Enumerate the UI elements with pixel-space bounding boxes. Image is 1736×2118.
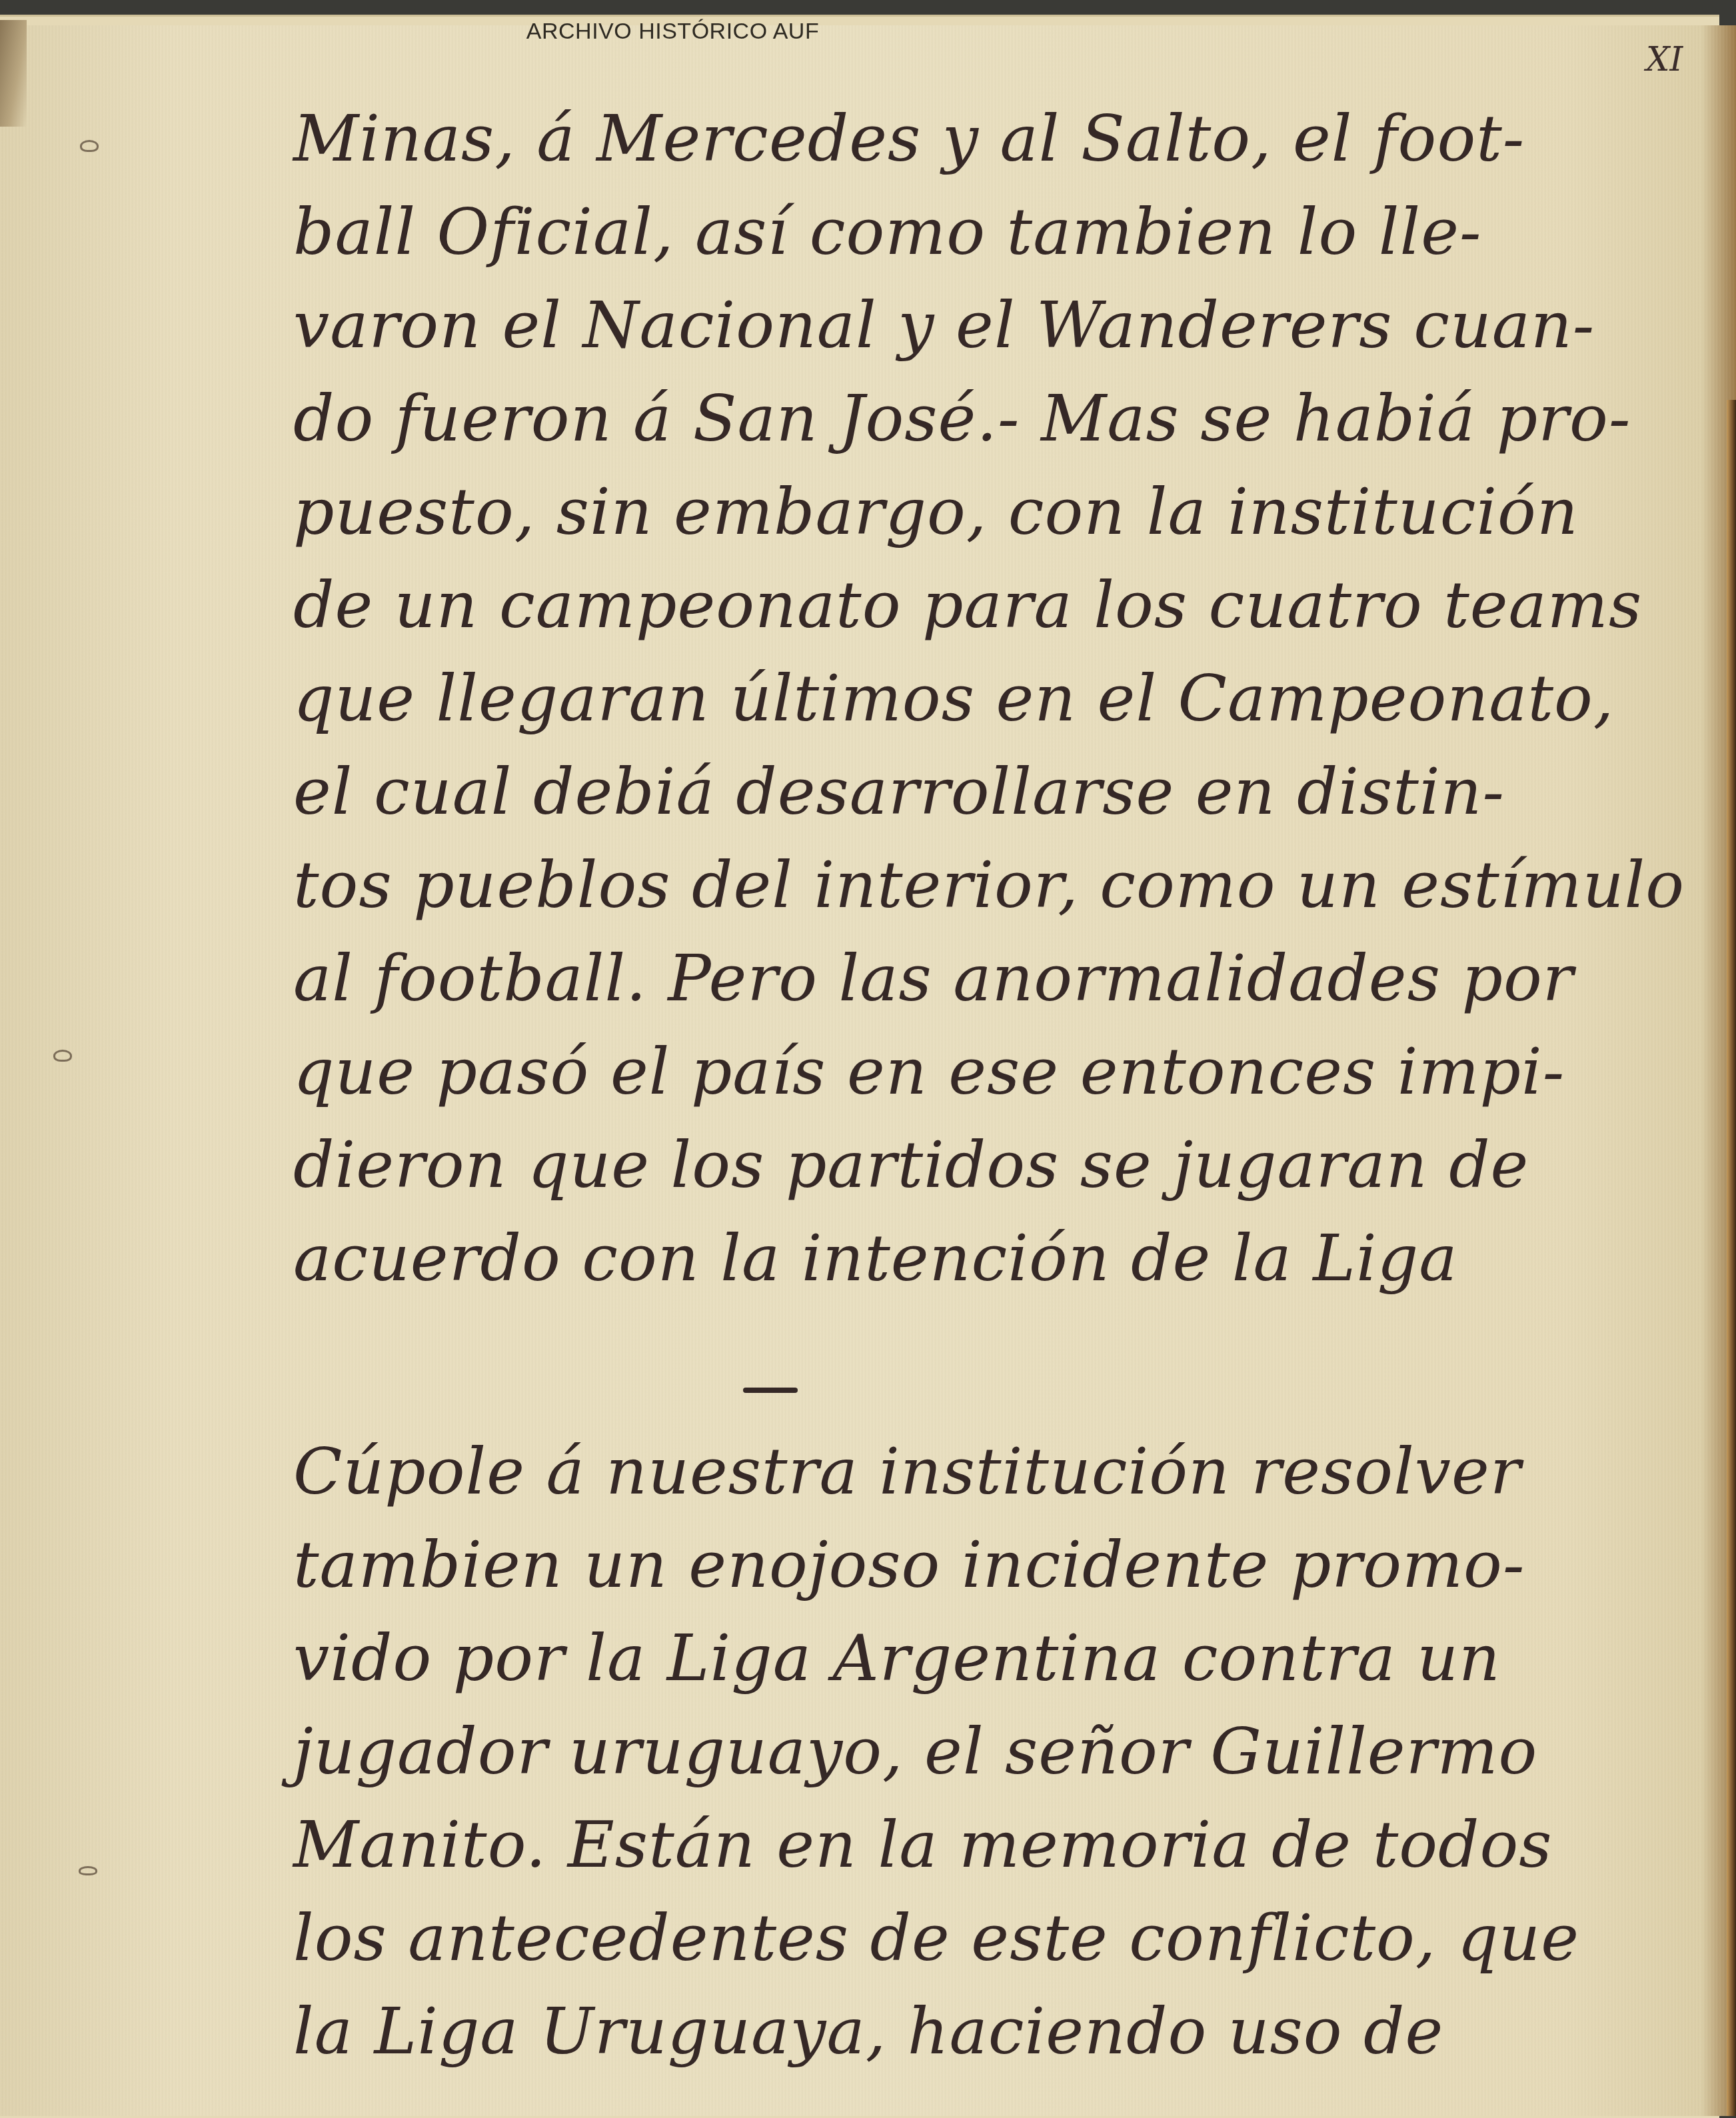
manuscript-line: que pasó el país en ese entonces impi- <box>293 1040 1565 1104</box>
manuscript-line: al football. Pero las anormalidades por <box>293 946 1574 1010</box>
manuscript-line: acuerdo con la intención de la Liga <box>293 1226 1457 1290</box>
manuscript-line: que llegaran últimos en el Campeonato, <box>293 666 1614 730</box>
manuscript-line: Manito. Están en la memoria de todos <box>293 1813 1553 1877</box>
section-separator <box>743 1388 798 1393</box>
manuscript-line: los antecedentes de este conflicto, que <box>293 1906 1579 1970</box>
manuscript-line: varon el Nacional y el Wanderers cuan- <box>293 293 1595 357</box>
manuscript-line: la Liga Uruguaya, haciendo uso de <box>293 1999 1443 2063</box>
manuscript-line: ball Oficial, así como tambien lo lle- <box>293 200 1481 264</box>
manuscript-line: tambien un enojoso incidente promo- <box>293 1533 1525 1597</box>
punch-hole-mark-icon <box>53 1050 72 1062</box>
archive-watermark: ARCHIVO HISTÓRICO AUF <box>0 19 1524 45</box>
punch-hole-mark-icon <box>80 140 99 152</box>
folio-number: XI <box>1646 40 1683 79</box>
manuscript-line: Cúpole á nuestra institución resolver <box>293 1440 1521 1504</box>
scanned-document: ARCHIVO HISTÓRICO AUF XI Minas, á Merced… <box>0 0 1736 2116</box>
manuscript-line: vido por la Liga Argentina contra un <box>293 1626 1501 1690</box>
manuscript-line: tos pueblos del interior, como un estímu… <box>293 853 1685 917</box>
manuscript-line: puesto, sin embargo, con la institución <box>293 480 1579 544</box>
manuscript-line: el cual debiá desarrollarse en distin- <box>293 760 1505 824</box>
manuscript-line: jugador uruguayo, el señor Guillermo <box>293 1719 1537 1783</box>
manuscript-line: Minas, á Mercedes y al Salto, el foot- <box>293 107 1525 171</box>
page-right-edge <box>1727 400 1736 2116</box>
punch-hole-mark-icon <box>79 1866 97 1875</box>
manuscript-line: de un campeonato para los cuatro teams <box>293 573 1642 637</box>
manuscript-line: dieron que los partidos se jugaran de <box>293 1133 1529 1197</box>
manuscript-line: do fueron á San José.- Mas se habiá pro- <box>293 387 1631 451</box>
